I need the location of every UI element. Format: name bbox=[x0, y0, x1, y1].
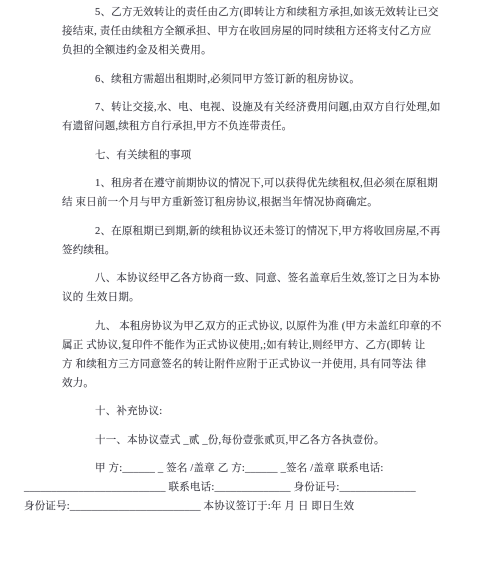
clause-6: 6、续租方需超出租期时,必须同甲方签订新的租房协议。 bbox=[62, 70, 450, 89]
section-ten-line-1: 十、补充协议: bbox=[62, 402, 450, 421]
renewal-clause-1-line-2: 结 束日前一个月与甲方重新签订租房协议,根据当年情况协商确定。 bbox=[62, 193, 450, 212]
clause-5: 5、乙方无效转让的责任由乙方(即转让方和续租方承担,如该无效转让已交接结束, 责… bbox=[62, 3, 450, 60]
renewal-clause-2: 2、在原租期已到期,新的续租协议还未签订的情况下,甲方将收回房屋,不再签约续租。 bbox=[62, 222, 450, 260]
section-ten: 十、补充协议: bbox=[62, 402, 450, 421]
clause-5-line-2: 接结束, 责任由续租方全额承担、甲方在收回房屋的同时续租方还将支付乙方应 bbox=[62, 22, 450, 41]
section-nine: 九、 本租房协议为甲乙双方的正式协议, 以原件为准 (甲方未盖红印章的不属正 式… bbox=[62, 317, 450, 393]
section-nine-line-3: 方 和续租方三方同意签名的转让附件应附于正式协议一并使用, 具有同等法 律 bbox=[62, 355, 450, 374]
section-eleven-line-1: 十一、本协议壹式 _贰 _份,每份壹张贰页,甲乙各方各执壹份。 bbox=[62, 431, 450, 450]
clause-7-line-1: 7、转让交接,水、电、电视、设施及有关经济费用问题,由双方自行处理,如 bbox=[62, 98, 450, 117]
renewal-clause-2-line-2: 签约续租。 bbox=[62, 241, 450, 260]
signature-block-line-2: __________________________ 联系电话:________… bbox=[24, 478, 450, 497]
section-eight-line-1: 八、本协议经甲乙各方协商一致、同意、签名盖章后生效,签订之日为本协 bbox=[62, 269, 450, 288]
signature-block-line-3: 身份证号:________________________ 本协议签订于:年 月… bbox=[24, 497, 450, 516]
renewal-clause-2-line-1: 2、在原租期已到期,新的续租协议还未签订的情况下,甲方将收回房屋,不再 bbox=[62, 222, 450, 241]
clause-5-line-3: 负担的全额违约金及相关费用。 bbox=[62, 41, 450, 60]
section-eight-line-2: 议的 生效日期。 bbox=[62, 288, 450, 307]
renewal-clause-1: 1、租房者在遵守前期协议的情况下,可以获得优先续租权,但必须在原租期结 束日前一… bbox=[62, 174, 450, 212]
signature-block-line-1: 甲 方:______ _ 签名 /盖章 乙 方:______ _签名 /盖章 联… bbox=[62, 459, 450, 478]
document-page: 5、乙方无效转让的责任由乙方(即转让方和续租方承担,如该无效转让已交接结束, 责… bbox=[0, 0, 500, 565]
section-nine-line-2: 属正 式协议,复印件不能作为正式协议使用,;如有转让,则经甲方、乙方(即转 让 bbox=[62, 336, 450, 355]
section-eleven: 十一、本协议壹式 _贰 _份,每份壹张贰页,甲乙各方各执壹份。 bbox=[62, 431, 450, 450]
contract-text: 5、乙方无效转让的责任由乙方(即转让方和续租方承担,如该无效转让已交接结束, 责… bbox=[0, 0, 500, 516]
clause-7-line-2: 有遗留问题,续租方自行承担,甲方不负连带责任。 bbox=[62, 117, 450, 136]
section-seven-heading-line-1: 七、有关续租的事项 bbox=[62, 146, 450, 165]
section-seven-heading: 七、有关续租的事项 bbox=[62, 146, 450, 165]
signature-block: 甲 方:______ _ 签名 /盖章 乙 方:______ _签名 /盖章 联… bbox=[62, 459, 450, 516]
section-nine-line-4: 效力。 bbox=[62, 374, 450, 393]
section-nine-line-1: 九、 本租房协议为甲乙双方的正式协议, 以原件为准 (甲方未盖红印章的不 bbox=[62, 317, 450, 336]
clause-5-line-1: 5、乙方无效转让的责任由乙方(即转让方和续租方承担,如该无效转让已交 bbox=[62, 3, 450, 22]
renewal-clause-1-line-1: 1、租房者在遵守前期协议的情况下,可以获得优先续租权,但必须在原租期 bbox=[62, 174, 450, 193]
section-eight: 八、本协议经甲乙各方协商一致、同意、签名盖章后生效,签订之日为本协议的 生效日期… bbox=[62, 269, 450, 307]
clause-7: 7、转让交接,水、电、电视、设施及有关经济费用问题,由双方自行处理,如有遗留问题… bbox=[62, 98, 450, 136]
clause-6-line-1: 6、续租方需超出租期时,必须同甲方签订新的租房协议。 bbox=[62, 70, 450, 89]
